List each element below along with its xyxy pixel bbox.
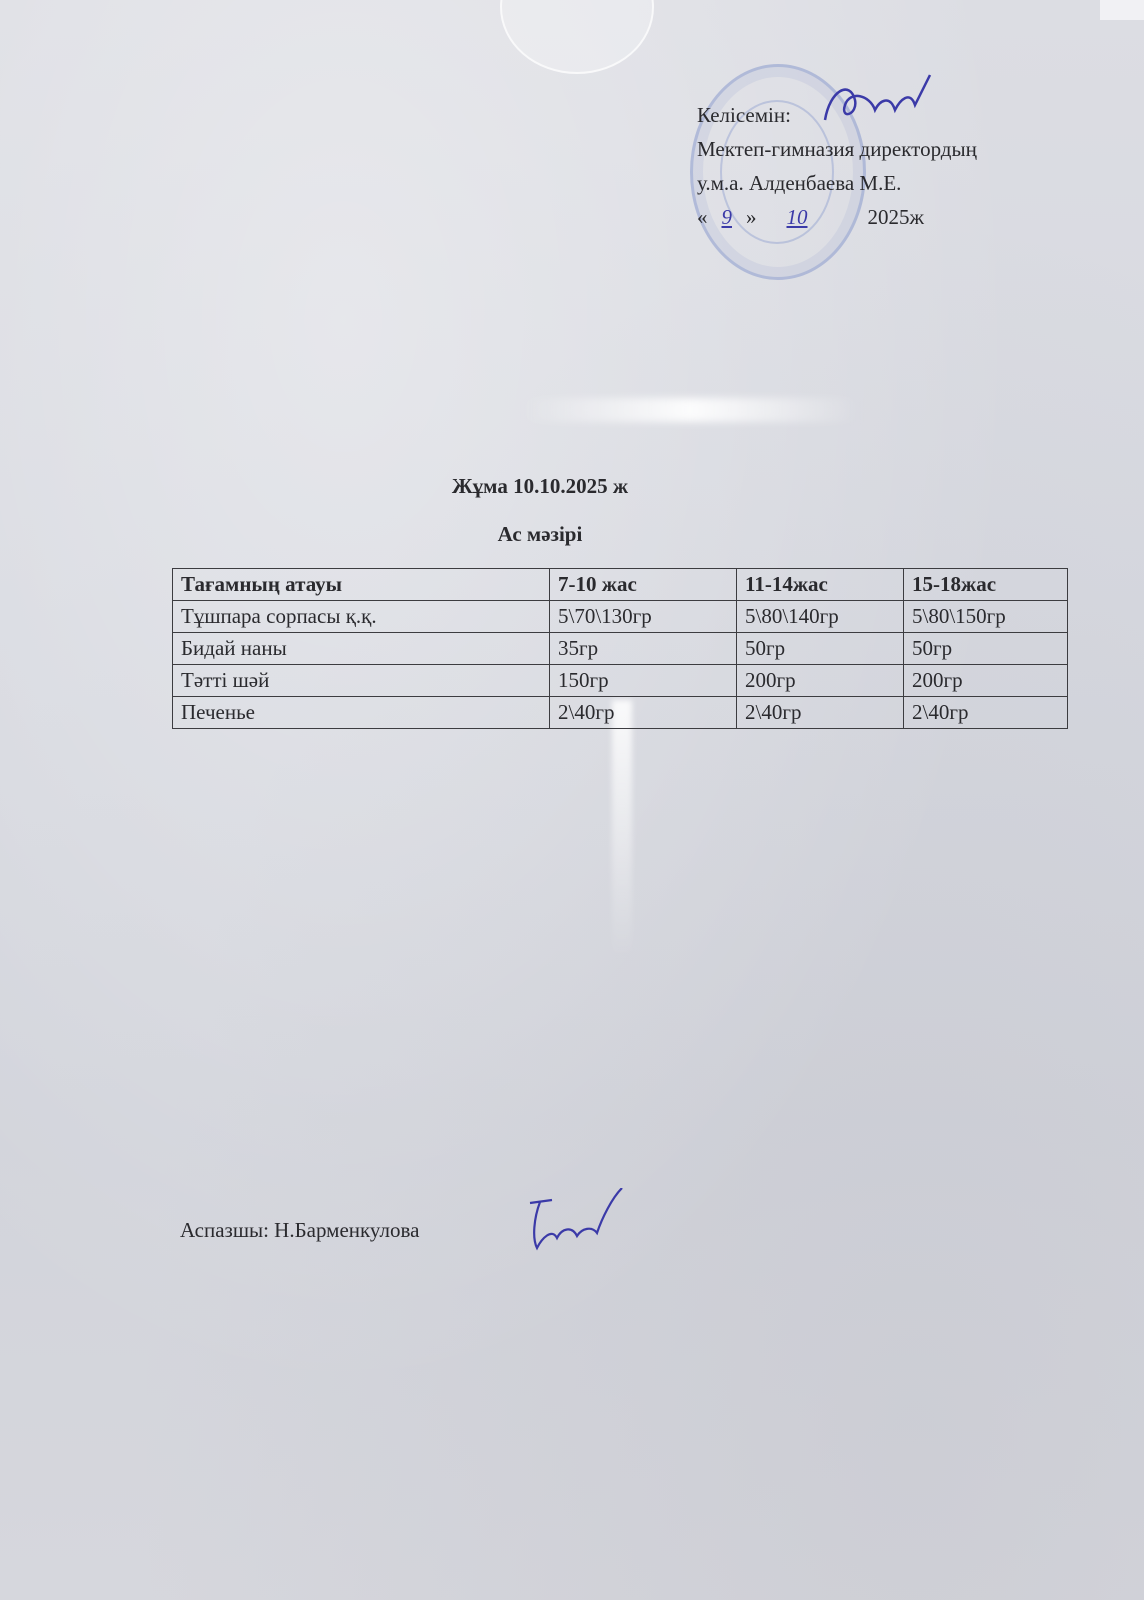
folder-edge [1100, 0, 1144, 20]
table-header-row: Тағамның атауы 7-10 жас 11-14жас 15-18жа… [173, 569, 1068, 601]
approval-name: у.м.а. Алденбаева М.Е. [697, 166, 977, 200]
approval-position: Мектеп-гимназия директордың [697, 132, 977, 166]
table-row: Тәтті шәй 150гр 200гр 200гр [173, 665, 1068, 697]
table-row: Печенье 2\40гр 2\40гр 2\40гр [173, 697, 1068, 729]
glare-reflection [520, 398, 860, 422]
menu-table: Тағамның атауы 7-10 жас 11-14жас 15-18жа… [172, 568, 1068, 729]
cook-signature-icon [522, 1188, 632, 1258]
menu-title: Ас мәзірі [0, 522, 1080, 547]
date-year: 2025ж [868, 205, 925, 229]
approval-date: «9»102025ж [697, 200, 977, 234]
table-row: Тұшпара сорпасы қ.қ. 5\70\130гр 5\80\140… [173, 601, 1068, 633]
director-signature-icon [820, 70, 940, 130]
date-month: 10 [757, 205, 868, 229]
column-header: Тағамның атауы [173, 569, 550, 601]
date-day: 9 [708, 205, 747, 229]
glare-reflection-vertical [612, 700, 632, 960]
table-row: Бидай наны 35гр 50гр 50гр [173, 633, 1068, 665]
date-title: Жұма 10.10.2025 ж [0, 474, 1080, 499]
cook-signature-line: Аспазшы: Н.Барменкулова [180, 1218, 419, 1243]
paper-background [0, 0, 1144, 1600]
column-header: 15-18жас [904, 569, 1068, 601]
column-header: 11-14жас [737, 569, 904, 601]
column-header: 7-10 жас [550, 569, 737, 601]
